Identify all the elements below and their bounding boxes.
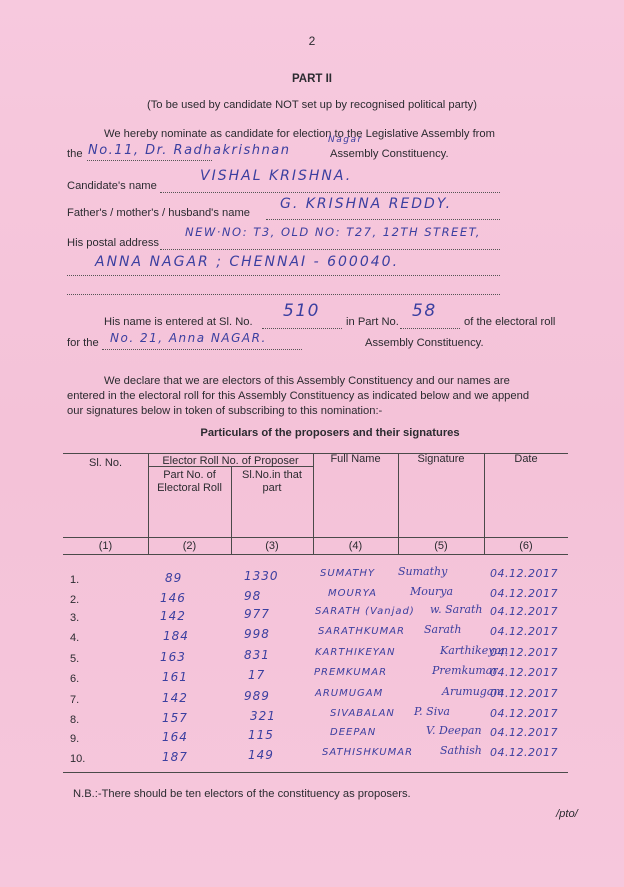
row-part-no: 164 bbox=[162, 730, 188, 744]
constituency-suffix: Assembly Constituency. bbox=[330, 148, 449, 160]
colnum-2: (2) bbox=[148, 540, 231, 553]
colnum-1: (1) bbox=[63, 540, 148, 553]
row-serial-no: 149 bbox=[248, 748, 274, 762]
part-label: in Part No. bbox=[346, 316, 399, 328]
constituency-dotted-line bbox=[87, 160, 212, 161]
table-caption: Particulars of the proposers and their s… bbox=[18, 427, 624, 439]
row-date: 04.12.2017 bbox=[490, 625, 558, 638]
header-sl-no: Sl. No. bbox=[63, 457, 148, 470]
row-part-no: 161 bbox=[162, 670, 188, 684]
row-part-no: 157 bbox=[162, 711, 188, 725]
roll-prefix: His name is entered at Sl. No. bbox=[104, 316, 253, 328]
header-bottom-rule bbox=[63, 537, 568, 538]
row-date: 04.12.2017 bbox=[490, 707, 558, 720]
subtitle: (To be used by candidate NOT set up by r… bbox=[0, 99, 624, 111]
row-sl-no: 4. bbox=[70, 632, 79, 644]
row-date: 04.12.2017 bbox=[490, 666, 558, 679]
row-full-name: MOURYA bbox=[328, 588, 377, 599]
col-divider bbox=[398, 453, 399, 554]
row-part-no: 142 bbox=[160, 609, 186, 623]
header-sl-in-part: Sl.No.in that part bbox=[231, 469, 313, 495]
row-full-name: PREMKUMAR bbox=[314, 667, 387, 678]
candidate-name-line bbox=[160, 192, 500, 193]
part-title: PART II bbox=[0, 73, 624, 85]
constituency-value: No.11, Dr. Radhakrishnan bbox=[88, 143, 290, 158]
header-part-no-line2: Electoral Roll bbox=[148, 482, 231, 495]
row-sl-no: 6. bbox=[70, 673, 79, 685]
row-date: 04.12.2017 bbox=[490, 746, 558, 759]
nomination-form-page: 2 PART II (To be used by candidate NOT s… bbox=[0, 0, 624, 887]
candidate-name-value: VISHAL KRISHNA. bbox=[200, 168, 352, 184]
page-number: 2 bbox=[0, 34, 624, 48]
row-signature: Sathish bbox=[440, 744, 482, 757]
the-label: the bbox=[67, 148, 83, 160]
row-part-no: 184 bbox=[163, 629, 189, 643]
row-full-name: DEEPAN bbox=[330, 727, 376, 738]
candidate-name-label: Candidate's name bbox=[67, 180, 157, 192]
roll-constituency-suffix: Assembly Constituency. bbox=[365, 337, 484, 349]
row-serial-no: 1330 bbox=[244, 569, 279, 583]
row-part-no: 146 bbox=[160, 591, 186, 605]
row-full-name: SUMATHY bbox=[320, 568, 375, 579]
address-line-2 bbox=[67, 275, 500, 276]
row-full-name: KARTHIKEYAN bbox=[315, 647, 395, 658]
row-date: 04.12.2017 bbox=[490, 726, 558, 739]
row-sl-no: 1. bbox=[70, 574, 79, 586]
row-full-name: SIVABALAN bbox=[330, 708, 395, 719]
row-part-no: 142 bbox=[162, 691, 188, 705]
row-part-no: 163 bbox=[160, 650, 186, 664]
parent-name-line bbox=[266, 219, 500, 220]
row-signature: Premkumar bbox=[432, 664, 498, 677]
constituency-insert: Nagar bbox=[328, 135, 363, 145]
part-no-line bbox=[400, 328, 460, 329]
table-bottom-rule bbox=[63, 772, 568, 773]
header-elector-roll: Elector Roll No. of Proposer bbox=[148, 455, 313, 468]
row-date: 04.12.2017 bbox=[490, 605, 558, 618]
row-serial-no: 98 bbox=[244, 589, 261, 603]
header-part-no: Part No. of Electoral Roll bbox=[148, 469, 231, 495]
row-serial-no: 831 bbox=[244, 648, 270, 662]
row-sl-no: 10. bbox=[70, 753, 85, 765]
colnum-6: (6) bbox=[484, 540, 568, 553]
row-serial-no: 977 bbox=[244, 607, 270, 621]
col-divider bbox=[313, 453, 314, 554]
sl-no-value: 510 bbox=[283, 301, 320, 321]
parent-name-label: Father's / mother's / husband's name bbox=[67, 207, 250, 219]
row-serial-no: 998 bbox=[244, 627, 270, 641]
row-date: 04.12.2017 bbox=[490, 687, 558, 700]
row-sl-no: 2. bbox=[70, 594, 79, 606]
colnum-bottom-rule bbox=[63, 554, 568, 555]
colnum-3: (3) bbox=[231, 540, 313, 553]
row-sl-no: 5. bbox=[70, 653, 79, 665]
row-full-name: SARATH (Vanjad) bbox=[315, 606, 415, 617]
row-serial-no: 115 bbox=[248, 728, 274, 742]
header-sl-in-part-line2: part bbox=[231, 482, 313, 495]
row-part-no: 89 bbox=[165, 571, 182, 585]
row-sl-no: 7. bbox=[70, 694, 79, 706]
row-full-name: SARATHKUMAR bbox=[318, 626, 405, 637]
address-value-1: NEW·NO: T3, OLD NO: T27, 12TH STREET, bbox=[185, 225, 481, 239]
colnum-5: (5) bbox=[398, 540, 484, 553]
header-signature: Signature bbox=[398, 453, 484, 466]
part-no-value: 58 bbox=[412, 301, 437, 321]
declaration-line-1: We declare that we are electors of this … bbox=[104, 375, 510, 387]
address-line-3 bbox=[67, 294, 500, 295]
header-part-no-line1: Part No. of bbox=[148, 469, 231, 482]
row-signature: V. Deepan bbox=[426, 724, 482, 737]
row-serial-no: 321 bbox=[250, 709, 276, 723]
roll-suffix: of the electoral roll bbox=[464, 316, 555, 328]
row-date: 04.12.2017 bbox=[490, 646, 558, 659]
row-full-name: SATHISHKUMAR bbox=[322, 747, 413, 758]
footnote: N.B.:-There should be ten electors of th… bbox=[73, 788, 411, 800]
row-signature: w. Sarath bbox=[430, 603, 483, 616]
pto-marker: /pto/ bbox=[556, 808, 578, 820]
header-full-name: Full Name bbox=[313, 453, 398, 466]
row-date: 04.12.2017 bbox=[490, 587, 558, 600]
header-date: Date bbox=[484, 453, 568, 466]
row-signature: P. Siva bbox=[414, 705, 450, 718]
parent-name-value: G. KRISHNA REDDY. bbox=[280, 196, 452, 212]
col-divider bbox=[484, 453, 485, 554]
roll-constituency-line bbox=[102, 349, 302, 350]
row-full-name: ARUMUGAM bbox=[315, 688, 383, 699]
colnum-4: (4) bbox=[313, 540, 398, 553]
row-signature: Sarath bbox=[424, 623, 461, 636]
row-sl-no: 3. bbox=[70, 612, 79, 624]
row-date: 04.12.2017 bbox=[490, 567, 558, 580]
nomination-intro: We hereby nominate as candidate for elec… bbox=[104, 128, 495, 140]
declaration-line-2: entered in the electoral roll for this A… bbox=[67, 390, 529, 402]
header-sl-in-part-line1: Sl.No.in that bbox=[231, 469, 313, 482]
row-serial-no: 17 bbox=[248, 668, 265, 682]
row-serial-no: 989 bbox=[244, 689, 270, 703]
for-the-label: for the bbox=[67, 337, 99, 349]
sl-no-line bbox=[262, 328, 342, 329]
row-sl-no: 9. bbox=[70, 733, 79, 745]
row-sl-no: 8. bbox=[70, 714, 79, 726]
address-label: His postal address bbox=[67, 237, 159, 249]
row-part-no: 187 bbox=[162, 750, 188, 764]
declaration-line-3: our signatures below in token of subscri… bbox=[67, 405, 382, 417]
address-line-1 bbox=[160, 249, 500, 250]
address-value-2: ANNA NAGAR ; CHENNAI - 600040. bbox=[95, 254, 399, 270]
row-signature: Sumathy bbox=[398, 565, 447, 578]
roll-constituency-value: No. 21, Anna NAGAR. bbox=[110, 331, 267, 345]
row-signature: Mourya bbox=[410, 585, 453, 598]
